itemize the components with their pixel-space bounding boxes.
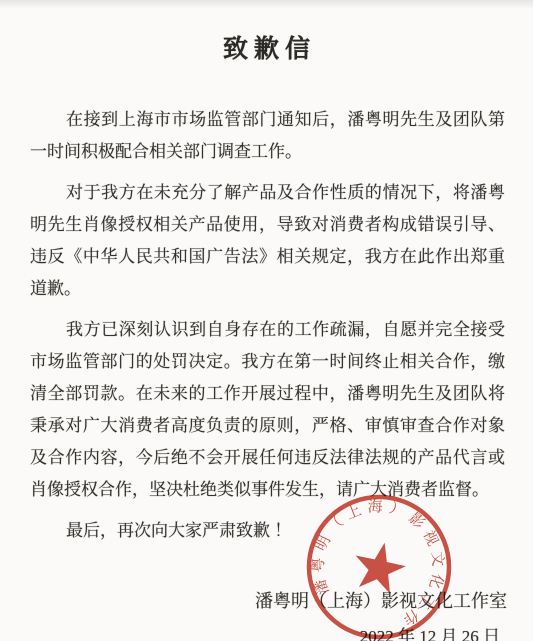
paragraph-4-closing-remark: 最后，再次向大家严肃致歉 ！	[30, 515, 505, 547]
paragraph-2: 对于我方在未充分了解产品及合作性质的情况下，将潘粤明先生肖像授权相关产品使用，导…	[30, 177, 505, 305]
paragraph-3: 我方已深刻认识到自身存在的工作疏漏，自愿并完全接受市场监管部门的处罚决定。我方在…	[30, 314, 505, 506]
letter-body: 在接到上海市市场监管部门通知后，潘粤明先生及团队第一时间积极配合相关部门调查工作…	[0, 104, 533, 547]
apology-letter-page: 致歉信 在接到上海市市场监管部门通知后，潘粤明先生及团队第一时间积极配合相关部门…	[0, 0, 533, 641]
document-title: 致歉信	[0, 0, 533, 65]
signature-block: 潘粤明（上海）影视文化工作室 2022 年 12 月 26 日	[0, 589, 533, 641]
paragraph-1: 在接到上海市市场监管部门通知后，潘粤明先生及团队第一时间积极配合相关部门调查工作…	[30, 104, 505, 168]
signature-date: 2022 年 12 月 26 日	[0, 626, 500, 641]
signature-studio-name: 潘粤明（上海）影视文化工作室	[0, 589, 507, 613]
